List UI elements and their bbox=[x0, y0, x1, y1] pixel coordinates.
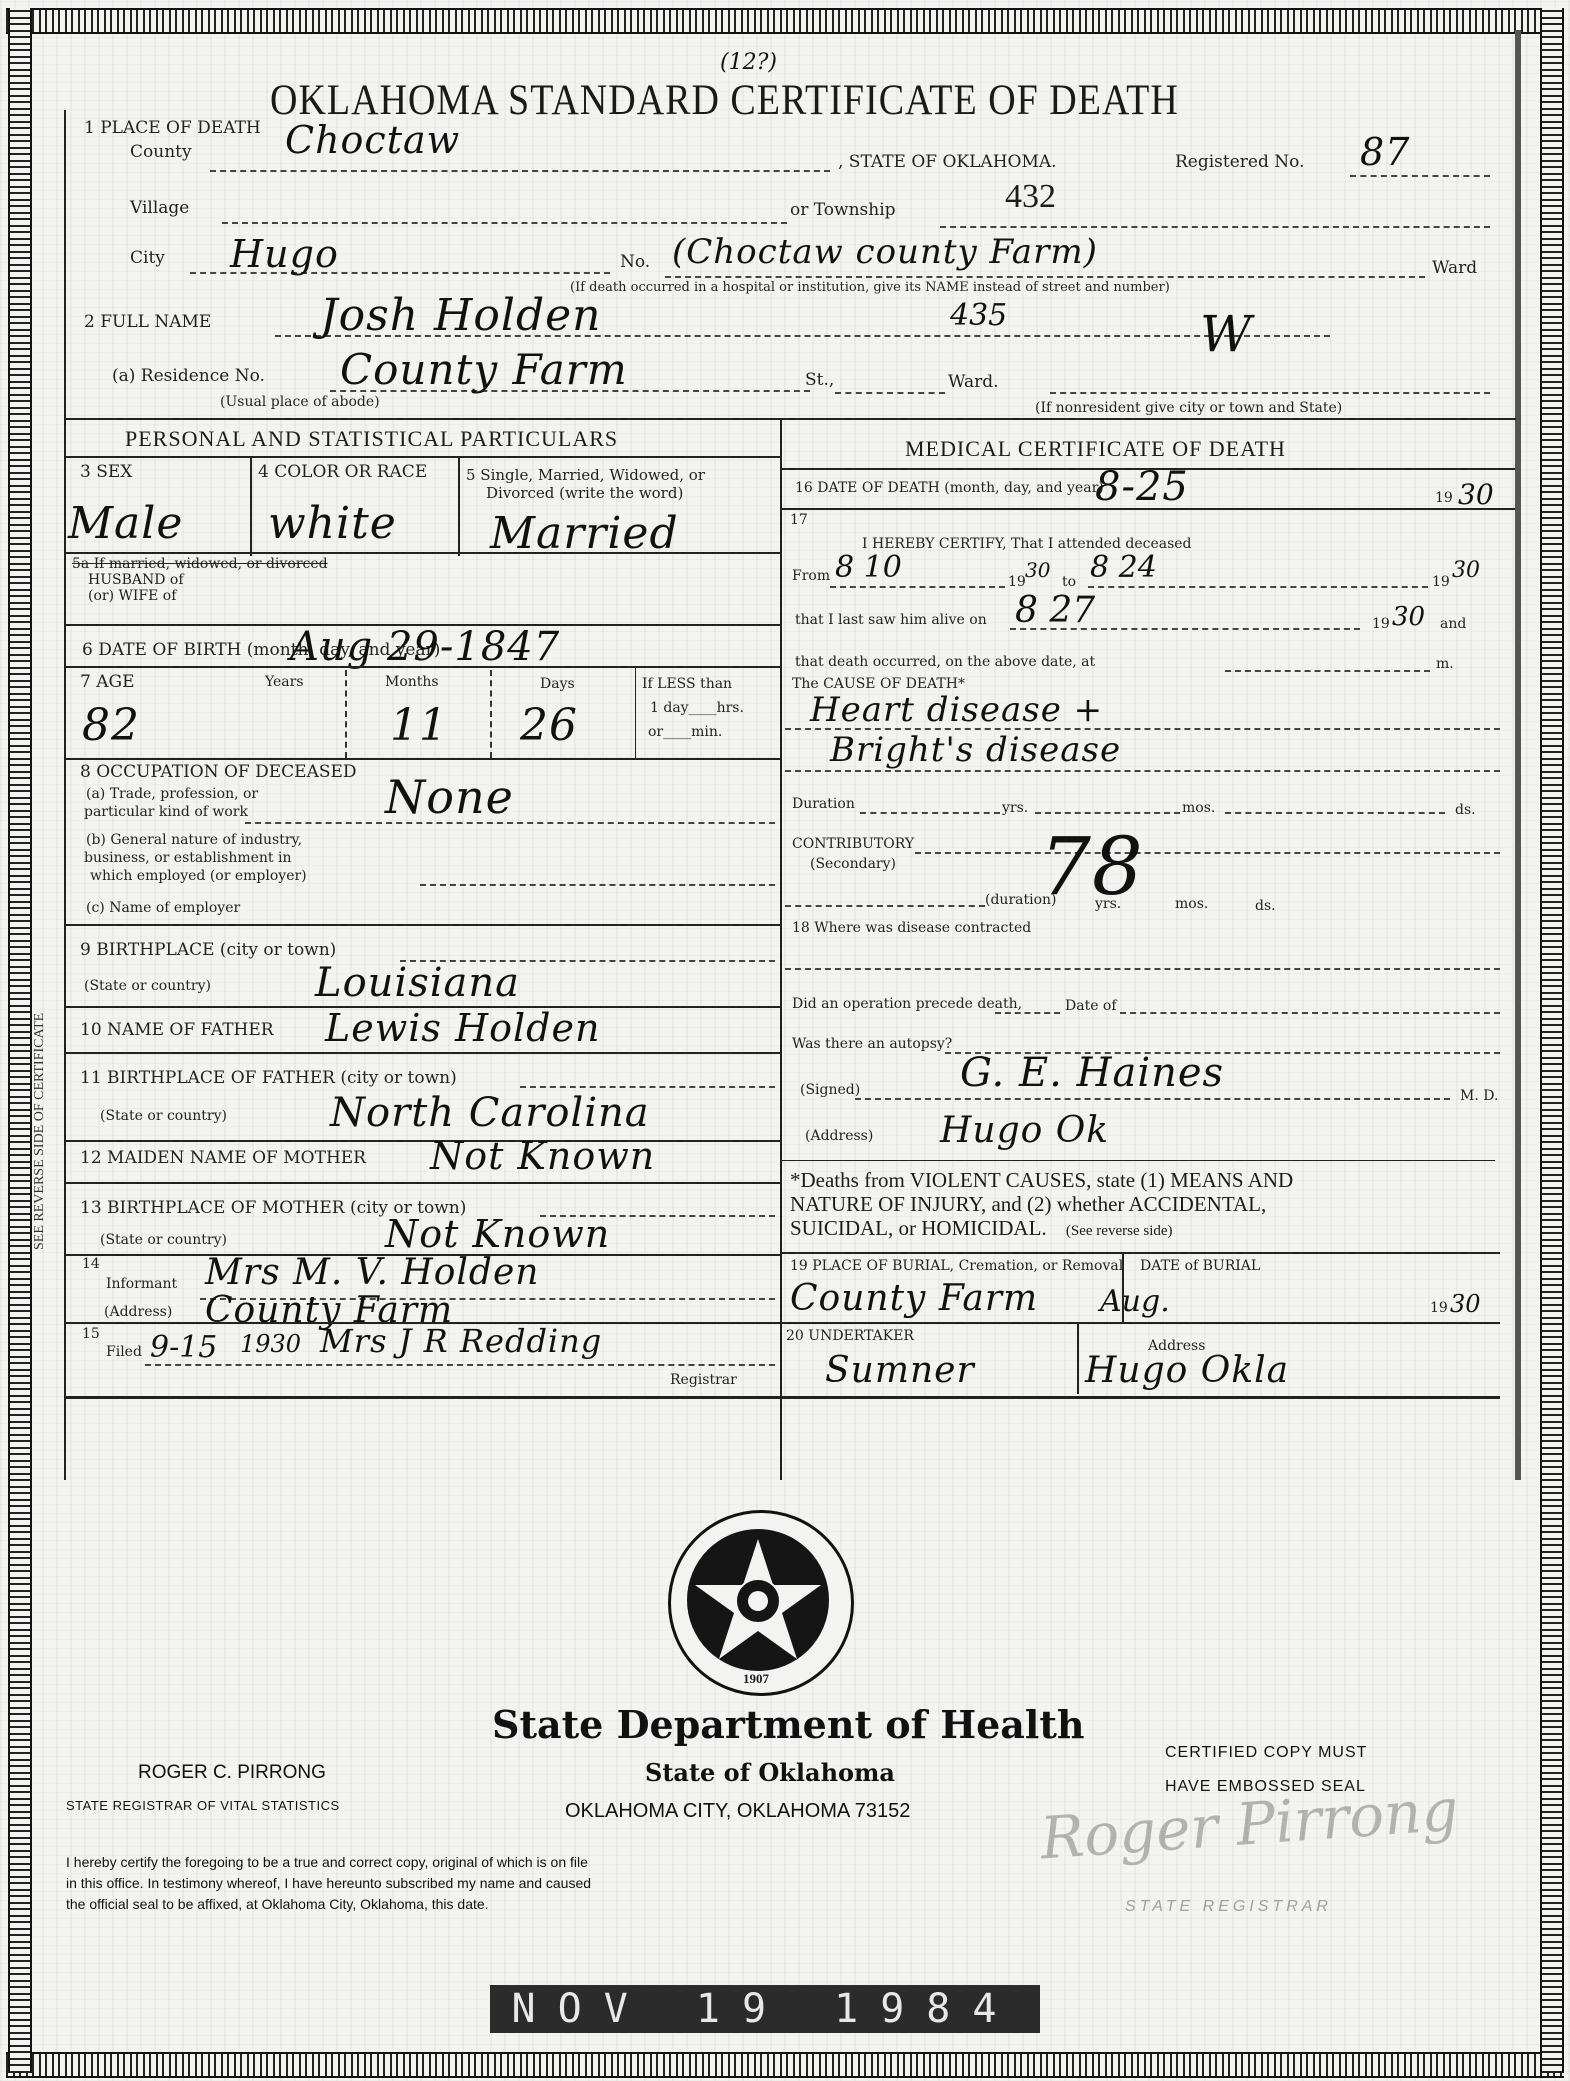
birthplace-label: 9 BIRTHPLACE (city or town) bbox=[80, 940, 336, 960]
secondary-label: (Secondary) bbox=[810, 856, 896, 872]
last-saw-year-value: 30 bbox=[1392, 602, 1425, 632]
registrar-signature: Mrs J R Redding bbox=[320, 1322, 602, 1360]
years-label: Years bbox=[265, 674, 304, 690]
father-birthplace-label: 11 BIRTHPLACE OF FATHER (city or town) bbox=[80, 1068, 457, 1088]
date-of-death-value: 8-25 bbox=[1095, 464, 1189, 510]
from-year-value: 30 bbox=[1025, 558, 1050, 582]
cause-of-death-line-2: Bright's disease bbox=[830, 730, 1121, 770]
duration-ds-label: ds. bbox=[1455, 802, 1476, 818]
contributory-yrs-label: yrs. bbox=[1095, 896, 1121, 912]
residence-st-label: St., bbox=[805, 370, 834, 390]
burial-year-prefix: 19 bbox=[1430, 1300, 1448, 1316]
street-no-value: (Choctaw county Farm) bbox=[672, 232, 1098, 272]
residence-sublabel: (Usual place of abode) bbox=[220, 394, 380, 410]
registered-no-label: Registered No. bbox=[1175, 152, 1304, 172]
ornamental-border-bottom bbox=[6, 2052, 1564, 2078]
side-margin-text: SEE REVERSE SIDE OF CERTIFICATE bbox=[32, 1013, 48, 1250]
ornamental-border-left bbox=[8, 8, 32, 2073]
age-months-value: 11 bbox=[390, 700, 448, 751]
certificate-page: OKLAHOMA STANDARD CERTIFICATE OF DEATH (… bbox=[0, 0, 1570, 2081]
nonresident-note: (If nonresident give city or town and St… bbox=[1035, 400, 1342, 416]
to-label: to bbox=[1062, 574, 1076, 590]
residence-ward-label: Ward. bbox=[948, 372, 999, 392]
father-birthplace-value: North Carolina bbox=[330, 1090, 650, 1136]
father-name-label: 10 NAME OF FATHER bbox=[80, 1020, 274, 1040]
burial-date-label: DATE of BURIAL bbox=[1140, 1258, 1260, 1274]
full-name-label: 2 FULL NAME bbox=[84, 312, 211, 332]
violent-note-line-1: *Deaths from VIOLENT CAUSES, state (1) M… bbox=[790, 1168, 1293, 1192]
days-label: Days bbox=[540, 676, 575, 692]
registrar-signature-caption: STATE REGISTRAR bbox=[1125, 1898, 1332, 1916]
mother-birthplace-state-label: (State or country) bbox=[100, 1232, 227, 1248]
marital-label-2: Divorced (write the word) bbox=[486, 484, 683, 502]
city-value: Hugo bbox=[230, 232, 339, 276]
informant-address-label: (Address) bbox=[104, 1304, 172, 1320]
residence-value: County Farm bbox=[340, 345, 628, 394]
form-left-rule bbox=[64, 110, 66, 1480]
less-label-3: or____min. bbox=[648, 724, 722, 740]
to-date-value: 8 24 bbox=[1090, 550, 1157, 585]
personal-header: PERSONAL AND STATISTICAL PARTICULARS bbox=[125, 426, 618, 452]
city-label: City bbox=[130, 248, 165, 268]
last-saw-year-prefix: 19 bbox=[1372, 616, 1390, 632]
to-year-value: 30 bbox=[1452, 558, 1480, 583]
full-name-stamp: 435 bbox=[950, 298, 1007, 333]
occupation-b-1: (b) General nature of industry, bbox=[86, 832, 302, 848]
from-date-value: 8 10 bbox=[835, 550, 902, 585]
occupation-b-2: business, or establishment in bbox=[84, 850, 292, 866]
less-label-2: 1 day____hrs. bbox=[650, 700, 744, 716]
father-name-value: Lewis Holden bbox=[325, 1006, 600, 1050]
township-label: or Township bbox=[790, 200, 896, 220]
duration-yrs-label: yrs. bbox=[1002, 800, 1028, 816]
occupation-label: 8 OCCUPATION OF DECEASED bbox=[80, 762, 357, 782]
registrar-title: STATE REGISTRAR OF VITAL STATISTICS bbox=[66, 1798, 340, 1813]
age-days-value: 26 bbox=[520, 700, 578, 751]
dob-value: Aug 29-1847 bbox=[290, 624, 560, 670]
occupation-value: None bbox=[385, 770, 514, 824]
registered-stamp: 432 bbox=[1005, 178, 1056, 216]
undertaker-value: Sumner bbox=[825, 1350, 975, 1391]
filed-number: 15 bbox=[82, 1326, 100, 1342]
burial-date-value: Aug. bbox=[1100, 1284, 1170, 1319]
occupation-b-3: which employed (or employer) bbox=[90, 868, 307, 884]
race-value: white bbox=[268, 498, 397, 549]
residence-label: (a) Residence No. bbox=[112, 366, 265, 386]
spouse-label-2: HUSBAND of bbox=[88, 572, 184, 588]
department-city: OKLAHOMA CITY, OKLAHOMA 73152 bbox=[565, 1800, 910, 1823]
burial-place-value: County Farm bbox=[790, 1278, 1038, 1319]
sex-value: Male bbox=[68, 498, 183, 549]
ornamental-border-top bbox=[6, 8, 1564, 34]
registrar-label: Registrar bbox=[670, 1372, 737, 1388]
date-of-death-year-prefix: 19 bbox=[1435, 490, 1453, 506]
spouse-label-1: 5a If married, widowed, or divorced bbox=[72, 556, 328, 572]
occupation-a-1: (a) Trade, profession, or bbox=[86, 786, 258, 802]
full-name-value: Josh Holden bbox=[320, 290, 602, 341]
death-occurred-label: that death occurred, on the above date, … bbox=[795, 654, 1095, 670]
embossed-notice-line-1: CERTIFIED COPY MUST bbox=[1165, 1744, 1367, 1762]
registrar-signature-ghost: Roger Pirrong bbox=[1038, 1775, 1460, 1872]
violent-note-line-3: SUICIDAL, or HOMICIDAL. bbox=[790, 1216, 1047, 1240]
filed-year-value: 1930 bbox=[240, 1330, 301, 1358]
race-label: 4 COLOR OR RACE bbox=[258, 462, 427, 482]
form-right-rule bbox=[1515, 30, 1521, 1480]
cause-of-death-line-1: Heart disease + bbox=[810, 690, 1103, 730]
full-name-mark: W bbox=[1200, 305, 1252, 363]
ward-label: Ward bbox=[1432, 258, 1477, 278]
violent-note-line-2: NATURE OF INJURY, and (2) whether ACCIDE… bbox=[790, 1192, 1293, 1216]
operation-label: Did an operation precede death, bbox=[792, 996, 1022, 1012]
duration-label: Duration bbox=[792, 796, 855, 812]
department-name: State Department of Health bbox=[492, 1702, 1085, 1747]
department-state: State of Oklahoma bbox=[645, 1758, 895, 1787]
village-label: Village bbox=[130, 198, 189, 218]
occupation-c: (c) Name of employer bbox=[86, 900, 240, 916]
contributory-mos-label: mos. bbox=[1175, 896, 1208, 912]
physician-address-value: Hugo Ok bbox=[940, 1110, 1109, 1151]
contributory-label: CONTRIBUTORY bbox=[792, 836, 914, 852]
statement-line-2: in this office. In testimony whereof, I … bbox=[66, 1873, 591, 1894]
filed-date-value: 9-15 bbox=[150, 1330, 217, 1365]
registered-no-value: 87 bbox=[1360, 130, 1410, 174]
informant-number: 14 bbox=[82, 1256, 100, 1272]
spouse-label-3: (or) WIFE of bbox=[88, 588, 176, 604]
see-reverse-note: (See reverse side) bbox=[1066, 1223, 1173, 1239]
date-of-death-label: 16 DATE OF DEATH (month, day, and year) bbox=[795, 480, 1104, 496]
burial-year-value: 30 bbox=[1450, 1290, 1481, 1318]
sex-label: 3 SEX bbox=[80, 462, 132, 482]
star-icon bbox=[687, 1529, 829, 1671]
signed-label: (Signed) bbox=[800, 1082, 860, 1098]
item-17-number: 17 bbox=[790, 512, 808, 528]
registrar-name: ROGER C. PIRRONG bbox=[138, 1762, 326, 1784]
statement-line-1: I hereby certify the foregoing to be a t… bbox=[66, 1852, 591, 1873]
physician-signature: G. E. Haines bbox=[960, 1050, 1224, 1096]
street-no-label: No. bbox=[620, 252, 650, 272]
hospital-note: (If death occurred in a hospital or inst… bbox=[570, 280, 1170, 295]
violent-causes-note: *Deaths from VIOLENT CAUSES, state (1) M… bbox=[790, 1168, 1293, 1243]
seal-year: 1907 bbox=[743, 1671, 769, 1687]
mother-birthplace-value: Not Known bbox=[385, 1212, 610, 1256]
undertaker-label: 20 UNDERTAKER bbox=[786, 1328, 914, 1344]
operation-date-label: Date of bbox=[1065, 998, 1117, 1014]
issue-date-stamp: NOV 19 1984 bbox=[490, 1985, 1040, 2033]
informant-label: Informant bbox=[106, 1276, 177, 1292]
informant-value: Mrs M. V. Holden bbox=[205, 1252, 539, 1293]
less-label-1: If LESS than bbox=[642, 676, 732, 692]
father-birthplace-state-label: (State or country) bbox=[100, 1108, 227, 1124]
age-label: 7 AGE bbox=[80, 672, 135, 692]
age-years-value: 82 bbox=[82, 700, 140, 751]
last-saw-label: that I last saw him alive on bbox=[795, 612, 987, 628]
contributory-ds-label: ds. bbox=[1255, 898, 1276, 914]
certification-statement: I hereby certify the foregoing to be a t… bbox=[66, 1852, 591, 1915]
section-divider bbox=[780, 420, 782, 1480]
months-label: Months bbox=[385, 674, 439, 690]
place-of-death-label: 1 PLACE OF DEATH bbox=[84, 118, 261, 138]
physician-address-label: (Address) bbox=[805, 1128, 873, 1144]
m-label: m. bbox=[1436, 656, 1454, 672]
from-label: From bbox=[792, 568, 830, 584]
undertaker-address-value: Hugo Okla bbox=[1085, 1350, 1289, 1391]
medical-header: MEDICAL CERTIFICATE OF DEATH bbox=[905, 436, 1286, 462]
filed-label: Filed bbox=[106, 1344, 142, 1360]
ornamental-border-right bbox=[1540, 8, 1564, 2073]
duration-mos-label: mos. bbox=[1182, 800, 1215, 816]
county-value: Choctaw bbox=[285, 118, 460, 162]
mother-name-label: 12 MAIDEN NAME OF MOTHER bbox=[80, 1148, 366, 1168]
and-label: and bbox=[1440, 616, 1466, 632]
birthplace-value: Louisiana bbox=[315, 960, 520, 1006]
state-label: , STATE OF OKLAHOMA. bbox=[838, 152, 1057, 172]
occupation-a-2: particular kind of work bbox=[84, 804, 248, 820]
burial-place-label: 19 PLACE OF BURIAL, Cremation, or Remova… bbox=[790, 1258, 1123, 1274]
marital-label-1: 5 Single, Married, Widowed, or bbox=[466, 466, 705, 484]
md-label: M. D. bbox=[1460, 1088, 1498, 1104]
contributory-duration-label: (duration) bbox=[985, 892, 1057, 908]
county-label: County bbox=[130, 142, 192, 162]
birthplace-state-label: (State or country) bbox=[84, 978, 211, 994]
last-saw-value: 8 27 bbox=[1015, 590, 1095, 631]
state-seal-icon: 1907 bbox=[668, 1510, 854, 1696]
disease-contracted-label: 18 Where was disease contracted bbox=[792, 920, 1031, 936]
autopsy-label: Was there an autopsy? bbox=[792, 1036, 952, 1052]
statement-line-3: the official seal to be affixed, at Okla… bbox=[66, 1894, 591, 1915]
to-year-prefix: 19 bbox=[1432, 574, 1450, 590]
title-annotation: (12?) bbox=[720, 50, 777, 75]
date-of-death-year: 30 bbox=[1458, 478, 1494, 511]
from-year-prefix: 19 bbox=[1008, 574, 1026, 590]
mother-name-value: Not Known bbox=[430, 1134, 655, 1178]
